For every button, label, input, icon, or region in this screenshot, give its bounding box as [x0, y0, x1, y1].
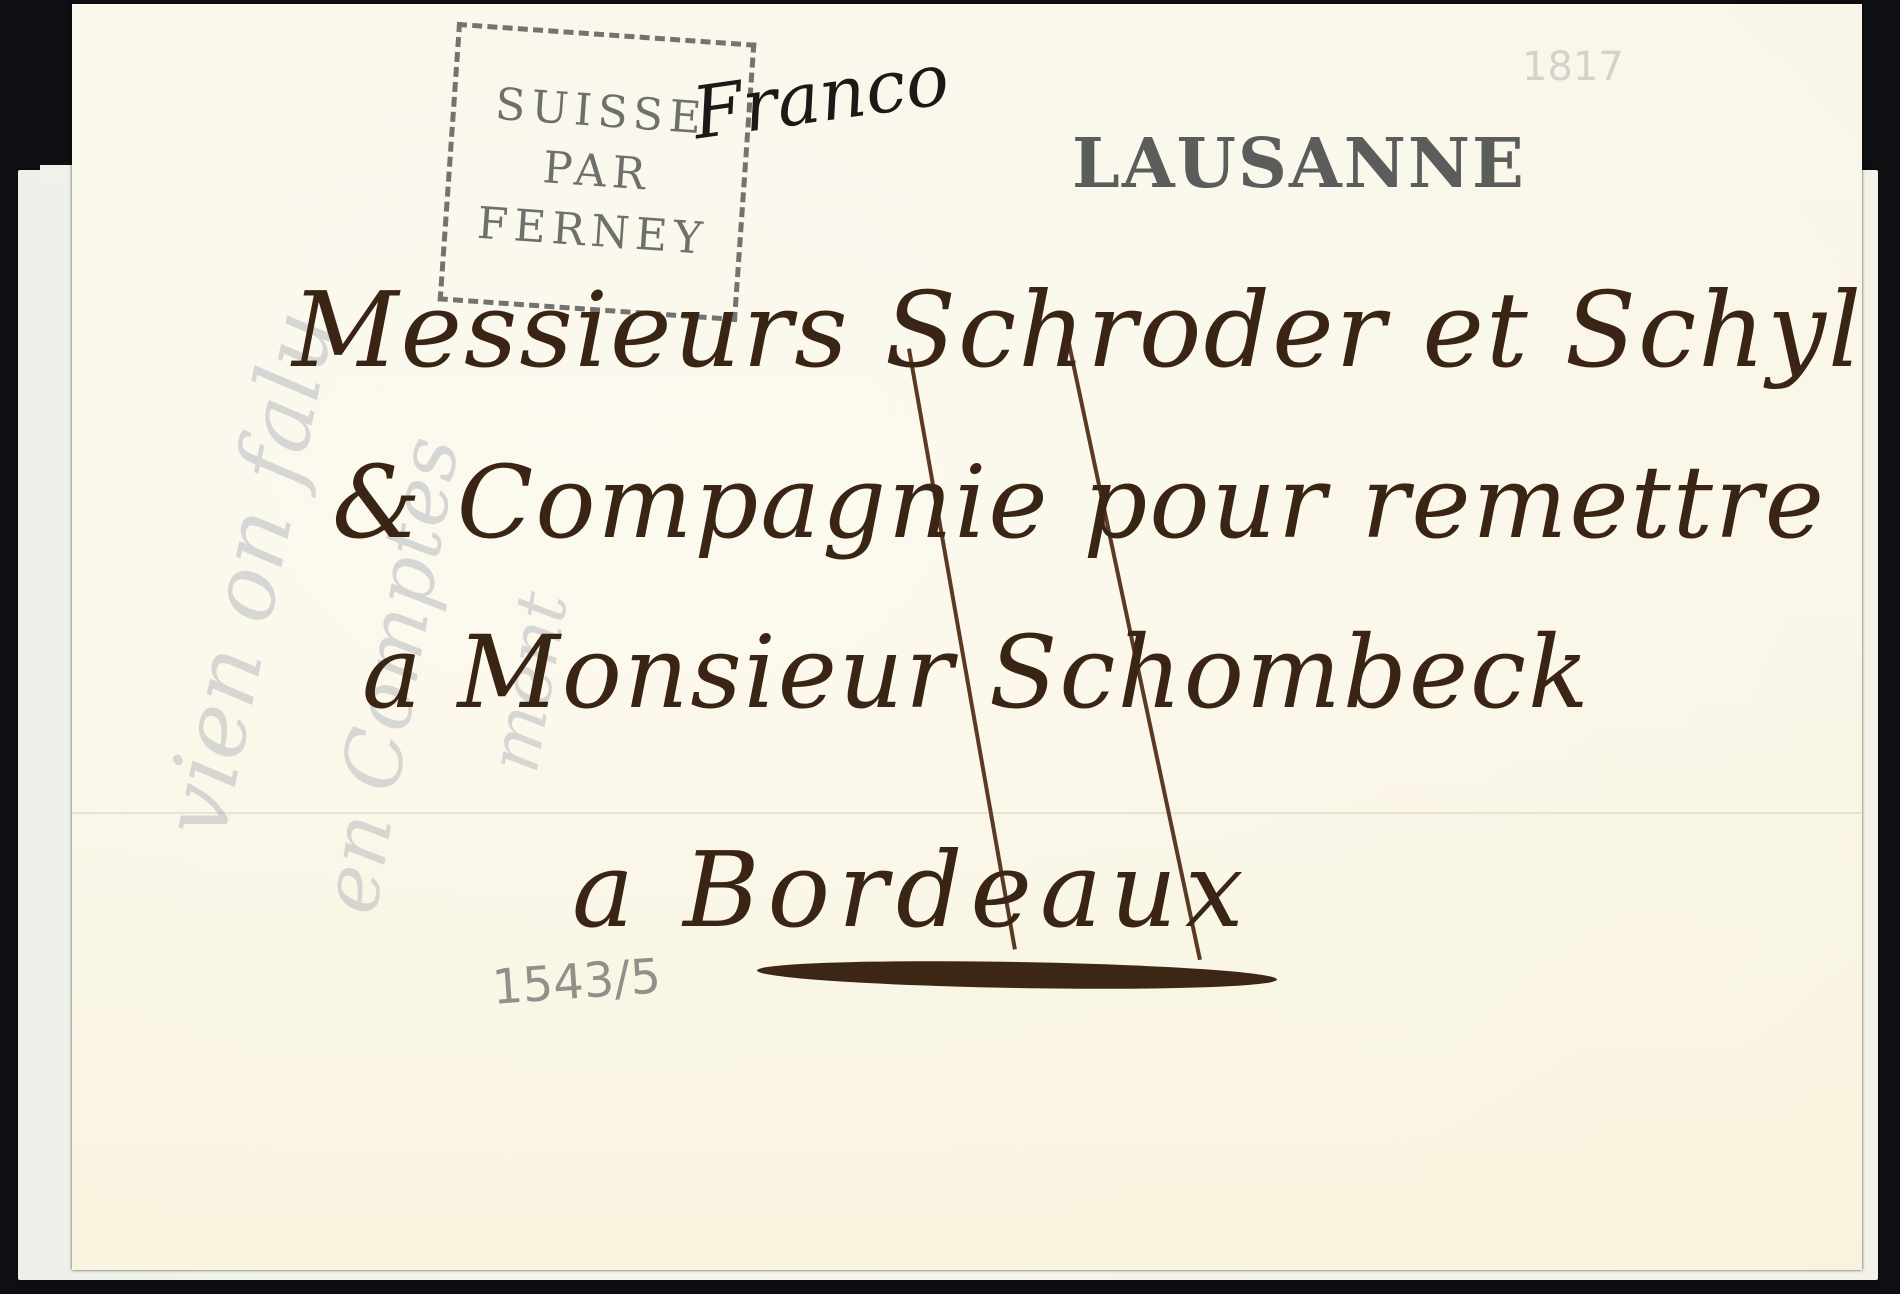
- pencil-reference-number: 1543/5: [490, 948, 662, 1016]
- ink-underline-flourish: [757, 957, 1277, 992]
- stamp-line-3: FERNEY: [475, 194, 710, 270]
- address-line-3: a Monsieur Schombeck: [362, 614, 1591, 731]
- address-line-1: Messieurs Schroder et Schyler: [292, 269, 1862, 391]
- address-line-2: & Compagnie pour remettre: [332, 444, 1826, 561]
- stamp-line-1: SUISSE: [493, 75, 709, 150]
- stamp-line-2: PAR: [541, 138, 653, 205]
- pencil-date-note: 1817: [1522, 44, 1624, 90]
- address-line-4: a Bordeaux: [572, 829, 1252, 951]
- folded-letter: vien on falu en Comptes ment SUISSE PAR …: [72, 4, 1862, 1270]
- town-handstamp: LAUSANNE: [1072, 124, 1526, 204]
